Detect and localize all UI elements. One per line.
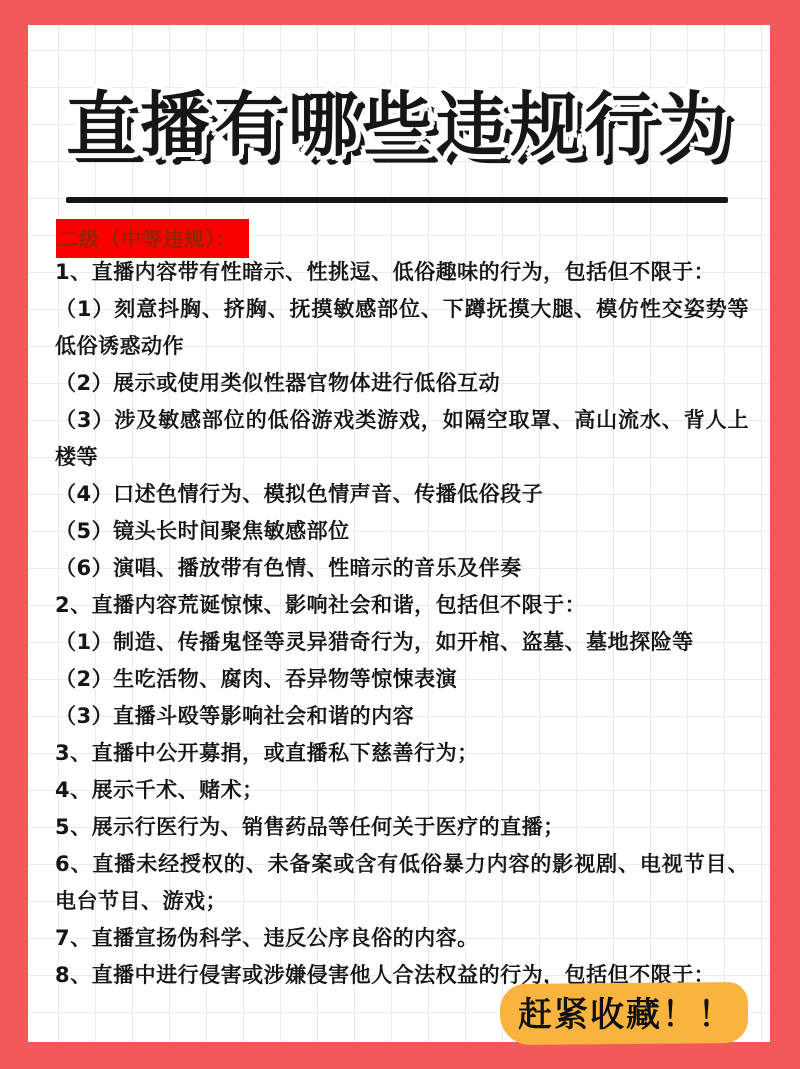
list-item: （1）刻意抖胸、挤胸、抚摸敏感部位、下蹲抚摸大腿、模仿性交姿势等低俗诱惑动作 <box>55 291 749 365</box>
list-item: 3、直播中公开募捐，或直播私下慈善行为； <box>55 735 749 772</box>
footer-text: 赶紧收藏！！ <box>518 987 734 1036</box>
list-item: （3）直播斗殴等影响社会和谐的内容 <box>55 698 749 735</box>
list-item: （1）制造、传播鬼怪等灵异猎奇行为，如开棺、盗墓、墓地探险等 <box>55 624 749 661</box>
page-title: 直播有哪些违规行为 <box>28 83 770 167</box>
list-item: 5、展示行医行为、销售药品等任何关于医疗的直播； <box>55 809 749 846</box>
footer-note: 赶紧收藏！！ <box>500 983 748 1044</box>
list-item: 6、直播未经授权的、未备案或含有低俗暴力内容的影视剧、电视节目、电台节目、游戏； <box>55 846 749 920</box>
highlight-blob: 赶紧收藏！！ <box>500 982 749 1045</box>
list-item: （6）演唱、播放带有色情、性暗示的音乐及伴奏 <box>55 550 749 587</box>
list-item: （2）展示或使用类似性器官物体进行低俗互动 <box>55 365 749 402</box>
list-item: （5）镜头长时间聚焦敏感部位 <box>55 513 749 550</box>
list-item: 2、直播内容荒诞惊悚、影响社会和谐，包括但不限于： <box>55 587 749 624</box>
list-item: 1、直播内容带有性暗示、性挑逗、低俗趣味的行为，包括但不限于： <box>55 254 749 291</box>
poster-frame: 直播有哪些违规行为 二级（中等违规）： 1、直播内容带有性暗示、性挑逗、低俗趣味… <box>0 0 800 1069</box>
section-label: 二级（中等违规）： <box>56 219 249 258</box>
list-item: 4、展示千术、赌术； <box>55 772 749 809</box>
list-item: （3）涉及敏感部位的低俗游戏类游戏，如隔空取罩、高山流水、背人上楼等 <box>55 402 749 476</box>
grid-paper-background: 直播有哪些违规行为 二级（中等违规）： 1、直播内容带有性暗示、性挑逗、低俗趣味… <box>28 25 770 1042</box>
list-item: （4）口述色情行为、模拟色情声音、传播低俗段子 <box>55 476 749 513</box>
list-item: （2）生吃活物、腐肉、吞异物等惊悚表演 <box>55 661 749 698</box>
violation-list: 1、直播内容带有性暗示、性挑逗、低俗趣味的行为，包括但不限于： （1）刻意抖胸、… <box>55 254 749 994</box>
title-underline <box>66 197 728 203</box>
list-item: 7、直播宣扬伪科学、违反公序良俗的内容。 <box>55 920 749 957</box>
